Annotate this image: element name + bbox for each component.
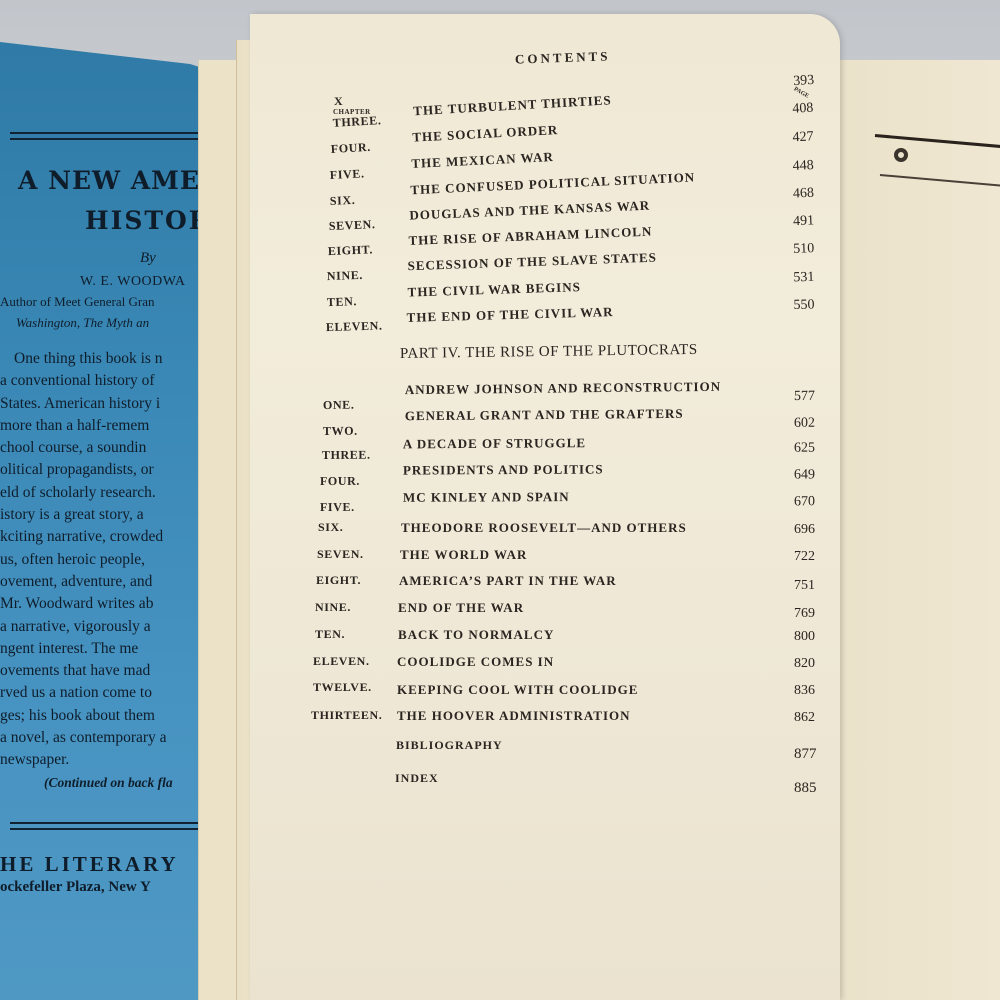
chapter-page: 427 xyxy=(792,129,814,146)
contents-heading: CONTENTS xyxy=(515,48,611,67)
chapter-page: 670 xyxy=(794,494,815,510)
back-matter-page: 885 xyxy=(794,780,817,797)
chapter-title: COOLIDGE COMES IN xyxy=(397,654,554,670)
toc-row: ELEVEN. COOLIDGE COMES IN 820 xyxy=(0,654,1000,674)
chapter-number: SEVEN. xyxy=(329,217,376,234)
chapter-page: 800 xyxy=(794,629,815,645)
chapter-number: TEN. xyxy=(315,627,345,642)
chapter-title: AMERICA’S PART IN THE WAR xyxy=(399,573,617,589)
back-matter-title: BIBLIOGRAPHY xyxy=(396,738,503,753)
jacket-address: ockefeller Plaza, New Y xyxy=(0,879,151,896)
blurb-line: One thing this book is n xyxy=(0,348,215,370)
chapter-number: NINE. xyxy=(315,600,351,615)
chapter-number: NINE. xyxy=(327,268,364,284)
chapter-page: 862 xyxy=(794,710,815,726)
chapter-number: THIRTEEN. xyxy=(311,708,382,723)
chapter-number: SEVEN. xyxy=(317,547,364,562)
jacket-publisher: HE LITERARY xyxy=(0,852,179,877)
back-matter-page: 877 xyxy=(794,746,817,763)
chapter-number: FOUR. xyxy=(320,474,360,489)
chapter-page: 550 xyxy=(793,297,814,314)
chapter-number: THREE. xyxy=(322,448,371,463)
chapter-title: ANDREW JOHNSON AND RECONSTRUCTION xyxy=(405,379,721,398)
chapter-page: 820 xyxy=(794,656,815,672)
chapter-title: MC KINLEY AND SPAIN xyxy=(403,489,570,506)
chapter-page: 393 xyxy=(793,73,815,90)
chapter-number: FIVE. xyxy=(320,500,355,515)
back-matter-title: INDEX xyxy=(395,771,439,786)
toc-row: NINE. END OF THE WAR 769 xyxy=(0,600,1000,620)
chapter-page: 510 xyxy=(793,241,815,258)
chapter-page: 649 xyxy=(794,467,815,483)
chapter-page: 696 xyxy=(794,522,815,538)
toc-row: FIVE. MC KINLEY AND SPAIN 670 xyxy=(0,498,1000,521)
chapter-number: EIGHT. xyxy=(316,573,361,588)
blurb-line: a conventional history of xyxy=(0,370,215,392)
chapter-number: SIX. xyxy=(330,193,356,209)
chapter-number: ELEVEN. xyxy=(313,654,370,669)
toc-row: SIX. THEODORE ROOSEVELT—AND OTHERS 696 xyxy=(0,520,1000,540)
chapter-number: TWO. xyxy=(323,424,358,439)
chapter-number: FOUR. xyxy=(330,140,371,157)
chapter-title: END OF THE WAR xyxy=(398,600,524,616)
chapter-page: 448 xyxy=(792,158,814,175)
chapter-page: 531 xyxy=(793,270,814,287)
chapter-page: 722 xyxy=(794,549,815,565)
chapter-page: 751 xyxy=(794,578,815,594)
toc-row-index: INDEX 885 xyxy=(0,771,1000,791)
jacket-rule-bottom-2 xyxy=(10,828,215,830)
toc-row: TEN. BACK TO NORMALCY 800 xyxy=(0,627,1000,647)
chapter-title: GENERAL GRANT AND THE GRAFTERS xyxy=(405,406,684,424)
chapter-page: 769 xyxy=(794,606,815,622)
chapter-number: FIVE. xyxy=(330,166,365,183)
chapter-title: THE WORLD WAR xyxy=(400,547,527,563)
toc-row: EIGHT. AMERICA’S PART IN THE WAR 751 xyxy=(0,573,1000,593)
chapter-title: THEODORE ROOSEVELT—AND OTHERS xyxy=(401,520,687,536)
chapter-page: 602 xyxy=(794,416,815,432)
chapter-title: BACK TO NORMALCY xyxy=(398,627,554,643)
chapter-page: 468 xyxy=(793,186,815,203)
chapter-page: 577 xyxy=(794,389,815,405)
chapter-number: ELEVEN. xyxy=(326,319,383,336)
toc-row-bibliography: BIBLIOGRAPHY 877 xyxy=(0,738,1000,758)
chapter-title: KEEPING COOL WITH COOLIDGE xyxy=(397,682,638,698)
jacket-rule-bottom xyxy=(10,822,215,824)
chapter-number: TEN. xyxy=(327,294,358,310)
chapter-number: ONE. xyxy=(323,398,355,413)
chapter-title: PRESIDENTS AND POLITICS xyxy=(403,462,604,479)
chapter-title: A DECADE OF STRUGGLE xyxy=(403,435,586,452)
toc-row: THIRTEEN. THE HOOVER ADMINISTRATION 862 xyxy=(0,708,1000,728)
chapter-page: 836 xyxy=(794,683,815,699)
chapter-number: SIX. xyxy=(318,520,343,535)
chapter-number: EIGHT. xyxy=(328,242,374,259)
chapter-page: 625 xyxy=(794,441,815,457)
chapter-number: TWELVE. xyxy=(313,680,372,695)
chapter-page: 491 xyxy=(793,213,815,230)
toc-row: SEVEN. THE WORLD WAR 722 xyxy=(0,547,1000,567)
chapter-title: THE HOOVER ADMINISTRATION xyxy=(397,708,631,724)
chapter-page: 408 xyxy=(792,101,814,118)
toc-row: TWELVE. KEEPING COOL WITH COOLIDGE 836 xyxy=(0,680,1000,700)
part-number: X xyxy=(334,94,343,109)
chapter-number: THREE. xyxy=(332,113,381,131)
